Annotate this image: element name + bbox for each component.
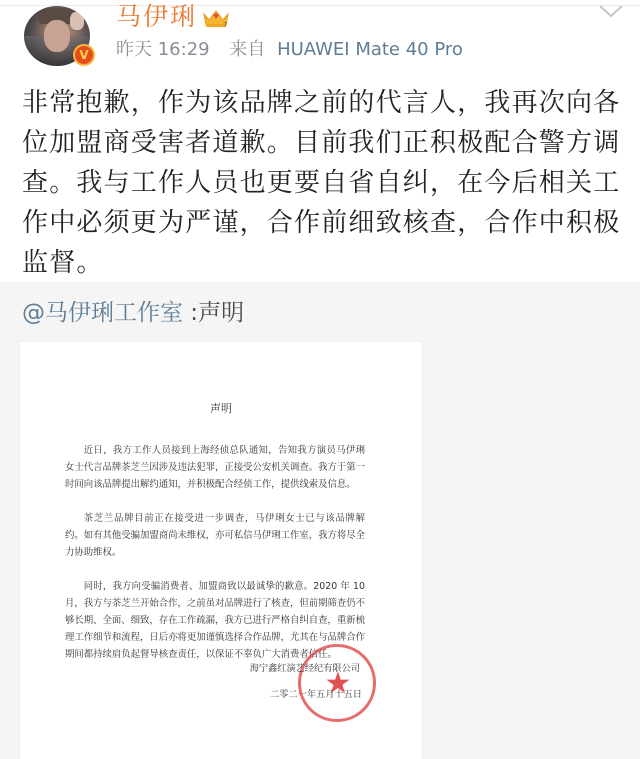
- document-heading: 声明: [20, 400, 422, 416]
- repost-header: @马伊琍工作室 :声明: [22, 298, 244, 328]
- document-paragraph: 茶芝兰品牌目前正在接受进一步调查，马伊琍女士已与该品牌解约。如有其他受骗加盟商尚…: [65, 510, 365, 561]
- chevron-down-icon[interactable]: [598, 4, 624, 18]
- repost-title: 声明: [198, 300, 244, 326]
- source-device[interactable]: HUAWEI Mate 40 Pro: [277, 39, 463, 60]
- post-meta: 昨天 16:29 来自 HUAWEI Mate 40 Pro: [116, 38, 463, 62]
- post-text: 非常抱歉，作为该品牌之前的代言人，我再次向各位加盟商受害者道歉。目前我们正积极配…: [22, 83, 622, 283]
- crown-icon[interactable]: 7: [202, 8, 230, 28]
- document-signature: 海宁鑫红演艺经纪有限公司: [20, 660, 360, 674]
- source-prefix: 来自: [229, 39, 265, 60]
- company-seal-icon: ★: [298, 644, 376, 722]
- repost-card[interactable]: @马伊琍工作室 :声明 声明 近日，我方工作人员接到上海经侦总队通知，告知我方演…: [0, 282, 640, 759]
- repost-separator: :: [183, 300, 198, 326]
- document-paragraph: 近日，我方工作人员接到上海经侦总队通知，告知我方演员马伊琍女士代言品牌茶芝兰因涉…: [65, 442, 365, 493]
- username[interactable]: 马伊琍: [116, 2, 197, 32]
- verified-v-icon: V: [73, 44, 95, 66]
- avatar-hand: [70, 12, 84, 30]
- document-date: 二零二一年五月十五日: [20, 686, 362, 700]
- document-body: 近日，我方工作人员接到上海经侦总队通知，告知我方演员马伊琍女士代言品牌茶芝兰因涉…: [65, 442, 365, 680]
- post-header: V 马伊琍 7 昨天 16:29 来自 HUAWEI Mate 40 Pro: [0, 0, 640, 72]
- statement-image[interactable]: 声明 近日，我方工作人员接到上海经侦总队通知，告知我方演员马伊琍女士代言品牌茶芝…: [20, 342, 422, 759]
- crown-level: 7: [223, 21, 227, 28]
- repost-mention-link[interactable]: @马伊琍工作室: [22, 300, 183, 326]
- avatar-face: [44, 20, 70, 52]
- post-time: 昨天 16:29: [116, 39, 210, 60]
